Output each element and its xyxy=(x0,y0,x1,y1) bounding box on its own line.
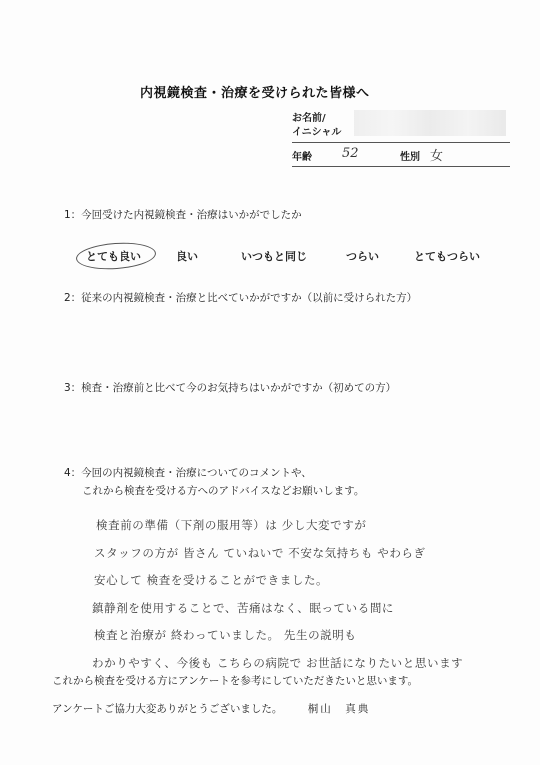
question-1: 1：今回受けた内視鏡検査・治療はいかがでしたか xyxy=(64,207,302,222)
document-title: 内視鏡検査・治療を受けられた皆様へ xyxy=(140,82,370,101)
question-4: 4：今回の内視鏡検査・治療についてのコメントや、 これから検査を受ける方へのアド… xyxy=(64,464,364,500)
question-2: 2：従来の内視鏡検査・治療と比べていかがですか（以前に受けられた方） xyxy=(64,290,417,305)
closing-note: これから検査を受ける方にアンケートを参考にしていただきたいと思います。 xyxy=(52,673,418,688)
survey-sheet: 内視鏡検査・治療を受けられた皆様へ お名前/ イニシャル 年齢 52 性別 女 … xyxy=(0,0,540,765)
question-4-line1: 4：今回の内視鏡検査・治療についてのコメントや、 xyxy=(64,464,364,482)
comment-line: 検査と治療が 終わっていました。 先生の説明も xyxy=(94,622,526,650)
option-good: 良い xyxy=(176,248,198,264)
handwritten-comment: 検査前の準備（下剤の服用等）は 少し大変ですが スタッフの方が 皆さん ていねい… xyxy=(96,512,526,677)
name-underline xyxy=(292,142,510,143)
name-label: お名前/ イニシャル xyxy=(292,112,341,140)
name-label-line2: イニシャル xyxy=(292,126,341,140)
age-label: 年齢 xyxy=(292,148,312,163)
signature: 桐山 真典 xyxy=(308,703,371,715)
respondent-info: お名前/ イニシャル 年齢 52 性別 女 xyxy=(292,108,510,170)
name-field-redacted xyxy=(354,110,506,136)
age-sex-underline xyxy=(292,166,510,167)
comment-line: 安心して 検査を受けることができました。 xyxy=(94,567,526,595)
question-3: 3：検査・治療前と比べて今のお気持ちはいかがですか（初めての方） xyxy=(64,380,396,395)
option-painful: つらい xyxy=(346,248,379,264)
name-label-line1: お名前/ xyxy=(292,112,341,126)
comment-line: 鎮静剤を使用することで、苦痛はなく、眠っている間に xyxy=(92,595,526,623)
comment-line: スタッフの方が 皆さん ていねいで 不安な気持ちも やわらぎ xyxy=(94,540,526,568)
option-very-painful: とてもつらい xyxy=(414,248,480,264)
option-same-as-usual: いつもと同じ xyxy=(241,248,307,264)
sex-value: 女 xyxy=(430,145,443,164)
thanks-text: アンケートご協力大変ありがとうございました。 xyxy=(52,703,282,715)
option-very-good-selected: とても良い xyxy=(86,248,141,264)
thanks-line: アンケートご協力大変ありがとうございました。 桐山 真典 xyxy=(52,701,370,716)
question-4-line2: これから検査を受ける方へのアドバイスなどお願いします。 xyxy=(64,482,364,500)
question-1-options: とても良い 良い いつもと同じ つらい とてもつらい xyxy=(0,248,540,268)
age-value: 52 xyxy=(342,146,359,161)
comment-line: 検査前の準備（下剤の服用等）は 少し大変ですが xyxy=(96,512,526,540)
sex-label: 性別 xyxy=(400,148,420,163)
